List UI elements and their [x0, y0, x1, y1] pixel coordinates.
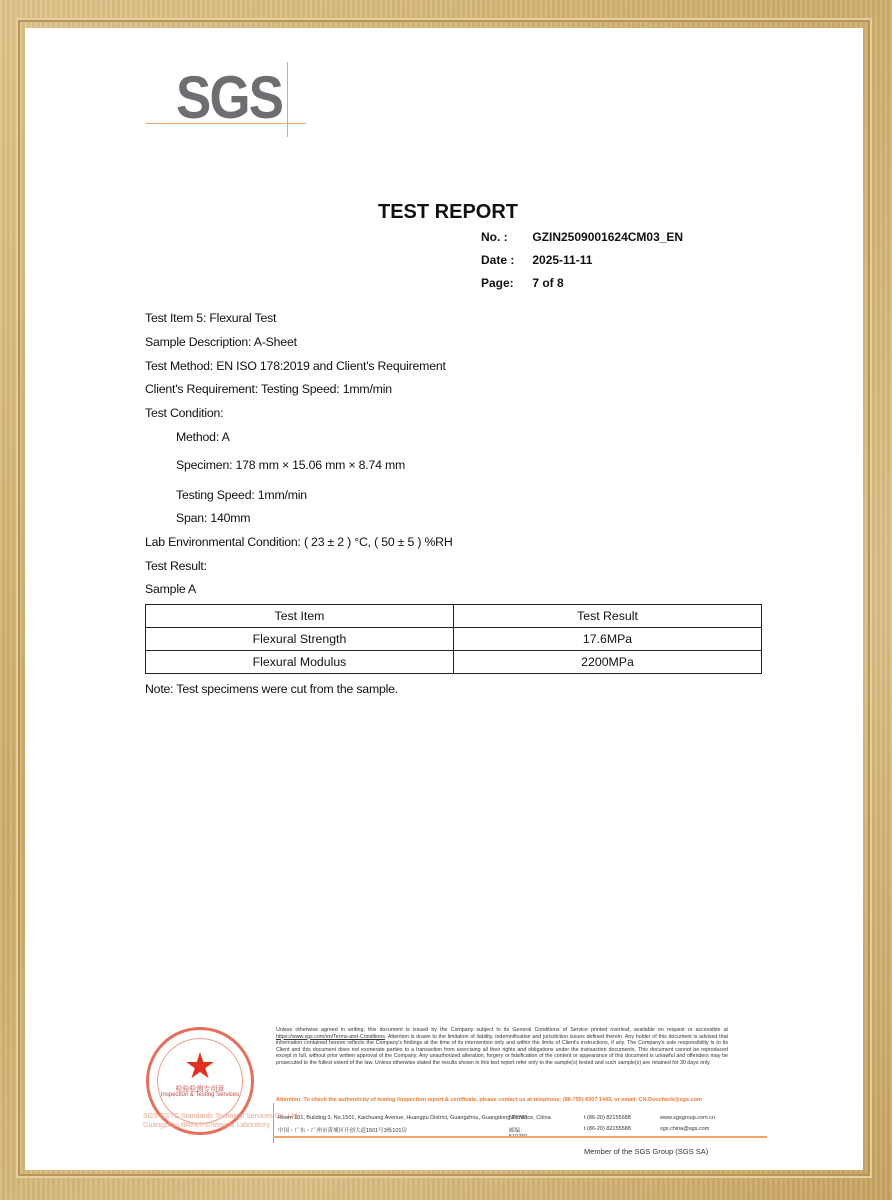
zip-english: 510760 [509, 1115, 527, 1121]
star-icon: ★ [149, 1048, 251, 1084]
report-date-value: 2025-11-11 [532, 253, 592, 267]
table-row: Flexural Strength 17.6MPa [146, 628, 762, 651]
authenticity-notice: Attention: To check the authenticity of … [276, 1097, 746, 1104]
member-text: Member of the SGS Group (SGS SA) [584, 1147, 708, 1156]
stamp-english-text: Inspection & Testing Services [149, 1092, 251, 1098]
document-page [25, 28, 863, 1170]
condition-span: Span: 140mm [176, 511, 250, 525]
sgs-logo: SGS [146, 62, 316, 137]
telephone-2: t (86-20) 82155588 [584, 1126, 631, 1132]
test-method: Test Method: EN ISO 178:2019 and Client'… [145, 359, 446, 373]
report-number-value: GZIN2509001624CM03_EN [532, 230, 683, 244]
note: Note: Test specimens were cut from the s… [145, 682, 398, 696]
results-table: Test Item Test Result Flexural Strength … [145, 604, 762, 674]
header-test-result: Test Result [454, 605, 762, 628]
website-link[interactable]: www.sgsgroup.com.cn [660, 1115, 715, 1121]
table-row: Flexural Modulus 2200MPa [146, 651, 762, 674]
report-title: TEST REPORT [378, 201, 518, 224]
stamp-company: SGS-CSTC Standards Technical Services Co… [143, 1112, 299, 1130]
cell-item: Flexural Strength [146, 628, 454, 651]
report-page-value: 7 of 8 [532, 276, 563, 290]
address-english: Room 101, Building 3, No.1501, Kaichuang… [278, 1115, 551, 1121]
report-page-label: Page: [481, 276, 529, 290]
condition-testing-speed: Testing Speed: 1mm/min [176, 488, 307, 502]
logo-vertical-line [287, 62, 288, 137]
report-date-label: Date : [481, 253, 529, 267]
address-chinese: 中国・广东・广州市黄埔区开创大道1501号3栋101房 邮编：510760 [278, 1126, 407, 1134]
report-number: No. : GZIN2509001624CM03_EN [481, 230, 683, 244]
legal-disclaimer: Unless otherwise agreed in writing, this… [276, 1027, 728, 1067]
sample-label: Sample A [145, 582, 196, 596]
lab-environmental-condition: Lab Environmental Condition: ( 23 ± 2 ) … [145, 535, 453, 549]
header-test-item: Test Item [146, 605, 454, 628]
client-requirement: Client's Requirement: Testing Speed: 1mm… [145, 382, 392, 396]
logo-horizontal-line [146, 123, 306, 124]
disclaimer-text-a: Unless otherwise agreed in writing, this… [276, 1027, 728, 1033]
report-date: Date : 2025-11-11 [481, 253, 592, 267]
test-condition-label: Test Condition: [145, 406, 223, 420]
telephone-1: t (86-20) 82155688 [584, 1115, 631, 1121]
stamp-company-name: SGS-CSTC Standards Technical Services Co… [143, 1112, 299, 1121]
condition-method: Method: A [176, 430, 230, 444]
sample-description: Sample Description: A-Sheet [145, 335, 297, 349]
report-number-label: No. : [481, 230, 529, 244]
footer-horizontal-line [273, 1136, 767, 1138]
test-item: Test Item 5: Flexural Test [145, 311, 276, 325]
condition-specimen: Specimen: 178 mm × 15.06 mm × 8.74 mm [176, 458, 405, 472]
stamp-branch-name: Guangzhou Branch Chemical Laboratory [143, 1121, 299, 1130]
address-chinese-text: 中国・广东・广州市黄埔区开创大道1501号3栋101房 [278, 1128, 407, 1134]
report-page: Page: 7 of 8 [481, 276, 564, 290]
zip-chinese: 邮编：510760 [509, 1126, 527, 1140]
test-result-label: Test Result: [145, 559, 207, 573]
table-header-row: Test Item Test Result [146, 605, 762, 628]
email-link[interactable]: sgs.china@sgs.com [660, 1126, 709, 1132]
logo-text: SGS [176, 68, 282, 128]
cell-result: 17.6MPa [454, 628, 762, 651]
cell-item: Flexural Modulus [146, 651, 454, 674]
cell-result: 2200MPa [454, 651, 762, 674]
terms-link[interactable]: https://www.sgs.com/en/Terms-and-Conditi… [276, 1034, 385, 1040]
